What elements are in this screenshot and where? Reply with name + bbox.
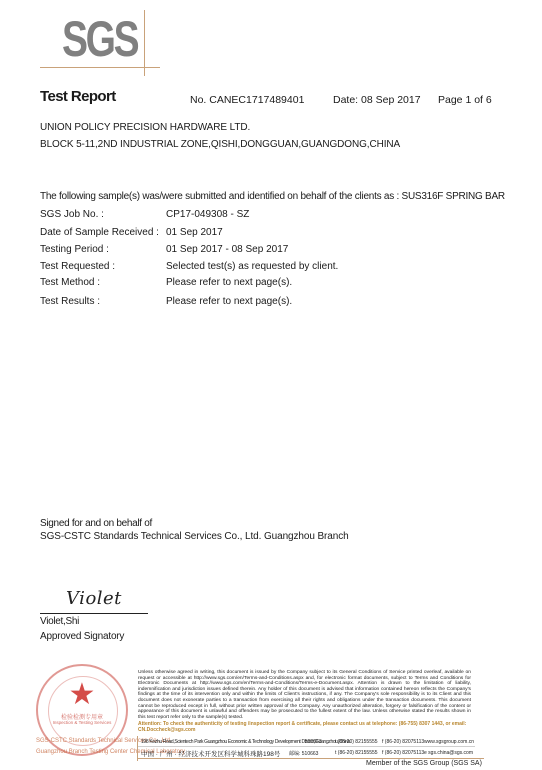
sgs-logo: SGS xyxy=(40,10,160,68)
signatory-name: Violet,Shi xyxy=(40,616,79,627)
signed-on-behalf-text: Signed for and on behalf of xyxy=(40,518,152,529)
logo-text: SGS xyxy=(62,10,137,68)
field-value-test-method: Please refer to next page(s). xyxy=(166,277,292,288)
telephone-2: t (86-20) 82155555 xyxy=(335,750,378,756)
email-link[interactable]: e sgs.china@sgs.com xyxy=(424,750,473,756)
field-value-testing-period: 01 Sep 2017 - 08 Sep 2017 xyxy=(166,244,288,255)
postcode-chinese: 邮编: 510663 xyxy=(289,750,318,757)
logo-crosshair-horizontal xyxy=(40,67,160,68)
website-link[interactable]: www.sgsgroup.com.cn xyxy=(424,739,474,745)
report-date: Date: 08 Sep 2017 xyxy=(333,94,421,106)
sample-intro: The following sample(s) was/were submitt… xyxy=(40,191,505,202)
logo-crosshair-vertical xyxy=(144,10,145,76)
signature-line xyxy=(40,613,148,614)
fax: f (86-20) 82075113 xyxy=(382,739,424,745)
authenticity-attention: Attention: To check the authenticity of … xyxy=(138,721,478,733)
client-name: UNION POLICY PRECISION HARDWARE LTD. xyxy=(40,122,250,133)
telephone: t (86-20) 82155555 xyxy=(335,739,378,745)
field-label-job-no: SGS Job No. : xyxy=(40,209,104,220)
star-icon: ★ xyxy=(38,680,126,710)
address-divider-2 xyxy=(138,758,484,759)
legal-disclaimer: Unless otherwise agreed in writing, this… xyxy=(138,670,471,720)
handwritten-signature: Violet xyxy=(66,588,122,609)
sgs-group-member-note: Member of the SGS Group (SGS SA) xyxy=(366,760,482,767)
fax-2: f (86-20) 82075113 xyxy=(382,750,424,756)
field-value-test-results: Please refer to next page(s). xyxy=(166,296,292,307)
address-chinese: 中国 · 广州 · 经济技术开发区科学城科珠路198号 xyxy=(141,749,280,758)
field-value-date-received: 01 Sep 2017 xyxy=(166,227,223,238)
postcode-english: 510663 xyxy=(305,739,322,745)
report-number: No. CANEC1717489401 xyxy=(190,94,304,106)
field-label-testing-period: Testing Period : xyxy=(40,244,109,255)
field-label-test-results: Test Results : xyxy=(40,296,100,307)
signing-company: SGS-CSTC Standards Technical Services Co… xyxy=(40,531,349,542)
signatory-role: Approved Signatory xyxy=(40,631,124,642)
field-value-test-requested: Selected test(s) as requested by client. xyxy=(166,261,338,272)
field-label-date-received: Date of Sample Received : xyxy=(40,227,159,238)
page-indicator: Page 1 of 6 xyxy=(438,94,492,106)
report-title: Test Report xyxy=(40,88,116,105)
client-address: BLOCK 5-11,2ND INDUSTRIAL ZONE,QISHI,DON… xyxy=(40,139,400,150)
field-value-job-no: CP17-049308 - SZ xyxy=(166,209,249,220)
stamp-english-text: Inspection & Testing Services xyxy=(38,720,126,725)
address-divider-1 xyxy=(138,746,475,747)
field-label-test-method: Test Method : xyxy=(40,277,100,288)
field-label-test-requested: Test Requested : xyxy=(40,261,115,272)
